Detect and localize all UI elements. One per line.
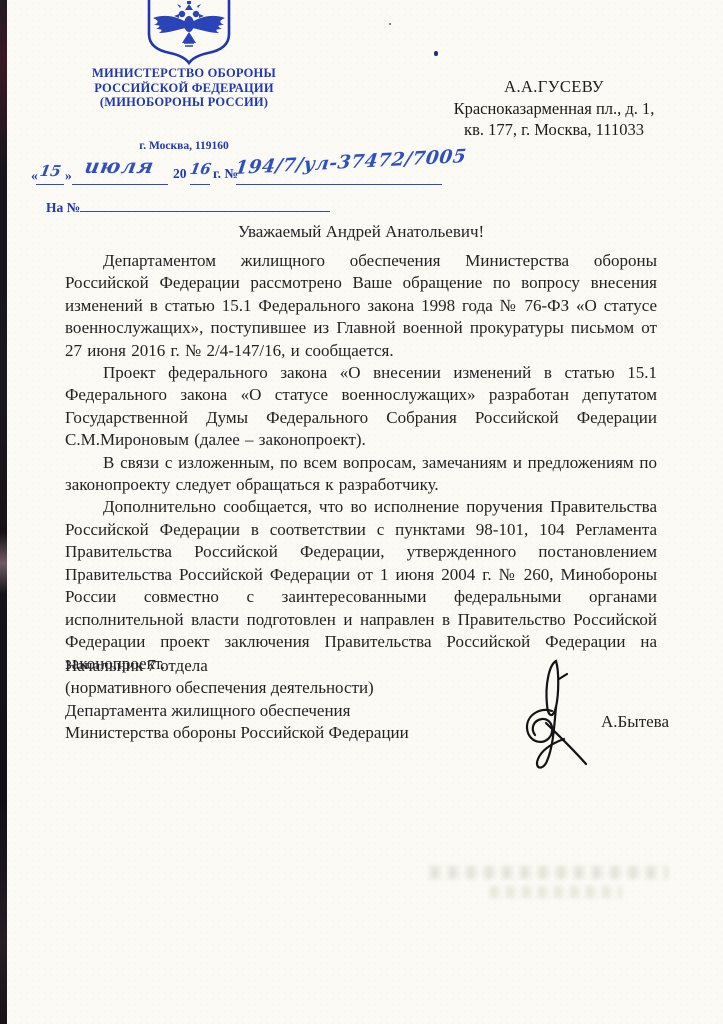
handwritten-year: 16: [188, 160, 212, 178]
salutation: Уважаемый Андрей Анатольевич!: [65, 222, 657, 242]
reference-number-line: На №: [46, 196, 330, 218]
scanned-letter-page: МИНИСТЕРСТВО ОБОРОНЫ РОССИЙСКОЙ ФЕДЕРАЦИ…: [0, 0, 723, 1024]
date-year-prefix: 20: [173, 166, 187, 182]
date-quote-close: »: [65, 168, 72, 184]
addressee-block: А.А.ГУСЕВУ Краснoказарменная пл., д. 1, …: [408, 76, 700, 141]
bleed-through-artifact: [412, 866, 672, 918]
paragraph-2: Проект федерального закона «О внесении и…: [65, 362, 657, 452]
org-line-3: (МИНОБОРОНЫ РОССИИ): [55, 95, 313, 110]
outgoing-number-blank: 194/7/ул-37472/7005: [236, 152, 442, 185]
date-month-blank: июля: [72, 154, 168, 185]
date-year-blank: 16: [190, 160, 210, 185]
signer-title-line-4: Министерства обороны Российской Федераци…: [65, 722, 535, 744]
signature-title-block: Начальник 7 отдела (нормативного обеспеч…: [65, 655, 535, 745]
signer-title-line-3: Департамента жилищного обеспечения: [65, 700, 535, 722]
handwritten-month: июля: [83, 154, 156, 178]
org-line-1: МИНИСТЕРСТВО ОБОРОНЫ: [55, 66, 313, 81]
signer-title-line-1: Начальник 7 отдела: [65, 655, 535, 677]
paragraph-1: Департаментом жилищного обеспечения Мини…: [65, 250, 657, 362]
addressee-name: А.А.ГУСЕВУ: [408, 76, 700, 98]
ministry-emblem-icon: [146, 0, 232, 66]
addressee-address-line-1: Краснoказарменная пл., д. 1,: [408, 98, 700, 120]
bleed-line-2: [490, 886, 622, 898]
reference-blank: [80, 196, 330, 212]
bleed-line-1: [430, 866, 668, 879]
reference-label: На №: [46, 200, 80, 215]
addressee-address-line-2: кв. 177, г. Москва, 111033: [408, 119, 700, 141]
letterhead-organization: МИНИСТЕРСТВО ОБОРОНЫ РОССИЙСКОЙ ФЕДЕРАЦИ…: [55, 66, 313, 110]
date-day-blank: 15: [36, 162, 64, 185]
date-number-line: « 15 » июля 20 16 г. № 194/7/ул-37472/70…: [0, 152, 723, 196]
signer-name: А.Бытева: [601, 712, 669, 732]
paragraph-4: Дополнительно сообщается, что во исполне…: [65, 496, 657, 675]
ink-speck: [434, 51, 438, 56]
handwritten-day: 15: [38, 162, 62, 180]
org-line-2: РОССИЙСКОЙ ФЕДЕРАЦИИ: [55, 81, 313, 96]
signer-title-line-2: (нормативного обеспечения деятельности): [65, 677, 535, 699]
handwritten-signature-icon: [512, 655, 592, 785]
letterhead-city-line: г. Москва, 119160: [55, 140, 313, 152]
letter-body: Департаментом жилищного обеспечения Мини…: [65, 250, 657, 676]
ink-speck-small: [389, 23, 391, 25]
paragraph-3: В связи с изложенным, по всем вопросам, …: [65, 452, 657, 497]
